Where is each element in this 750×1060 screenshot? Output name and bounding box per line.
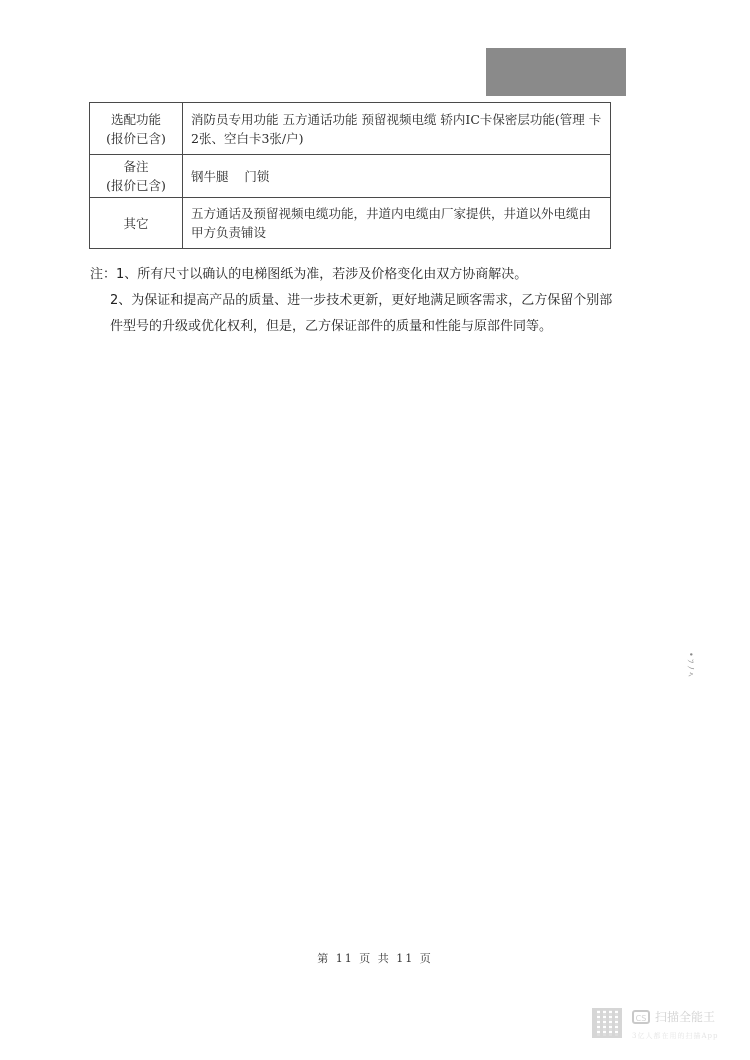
qr-code-icon [592, 1008, 622, 1038]
table-row-other: 其它 五方通话及预留视频电缆功能，井道内电缆由厂家提供，井道以外电缆由甲方负责铺… [90, 198, 611, 249]
row-value: 消防员专用功能 五方通话功能 预留视频电缆 轿内IC卡保密层功能(管理 卡2张、… [183, 103, 611, 155]
table-row-optional-functions: 选配功能 (报价已含) 消防员专用功能 五方通话功能 预留视频电缆 轿内IC卡保… [90, 103, 611, 155]
label-line: (报价已含) [92, 129, 180, 148]
row-value: 钢牛腿 门锁 [183, 155, 611, 198]
label-line: 备注 [92, 157, 180, 176]
note-1: 注：1、所有尺寸以确认的电梯图纸为准，若涉及价格变化由双方协商解决。 [90, 262, 650, 288]
notes-section: 注：1、所有尺寸以确认的电梯图纸为准，若涉及价格变化由双方协商解决。 2、为保证… [90, 262, 650, 340]
label-line: (报价已含) [92, 176, 180, 195]
row-label: 选配功能 (报价已含) [90, 103, 183, 155]
row-label: 其它 [90, 198, 183, 249]
table-row-remarks: 备注 (报价已含) 钢牛腿 门锁 [90, 155, 611, 198]
note-2-continued: 件型号的升级或优化权利，但是，乙方保证部件的质量和性能与原部件同等。 [90, 314, 650, 340]
camscanner-logo-icon: CS [632, 1010, 650, 1024]
row-label: 备注 (报价已含) [90, 155, 183, 198]
redaction-block [486, 48, 626, 96]
spec-table: 选配功能 (报价已含) 消防员专用功能 五方通话功能 预留视频电缆 轿内IC卡保… [89, 102, 611, 249]
label-line: 选配功能 [92, 110, 180, 129]
watermark-brand: 扫描全能王 [655, 1008, 715, 1025]
scanner-watermark: CS 扫描全能王 3亿人都在用的扫描App [592, 1008, 742, 1048]
note-2: 2、为保证和提高产品的质量、进一步技术更新，更好地满足顾客需求，乙方保留个别部 [90, 288, 650, 314]
page-number: 第 11 页 共 11 页 [0, 950, 750, 966]
watermark-tagline: 3亿人都在用的扫描App [632, 1031, 718, 1041]
label-line: 其它 [92, 214, 180, 233]
margin-mark: • ﾌ ﾉ ﾍ [686, 652, 694, 676]
row-value: 五方通话及预留视频电缆功能，井道内电缆由厂家提供，井道以外电缆由甲方负责铺设 [183, 198, 611, 249]
